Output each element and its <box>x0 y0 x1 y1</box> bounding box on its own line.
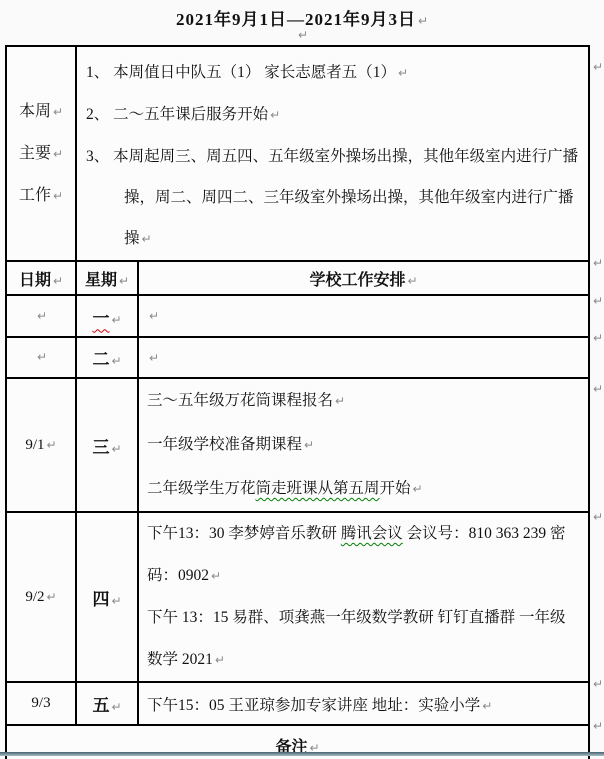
weekday-text: 三 <box>92 438 109 457</box>
summary-item-wrap: 操，周二、周四二、三年级室外操场出操，其他年级室内进行广播 <box>86 177 586 218</box>
line-text: 下午 13：15 易群、项龚燕一年级数学教研 钉钉直播群 一年级 <box>147 609 566 626</box>
week-summary-content-cell: 1、 本周值日中队五（1） 家长志愿者五（1）↵ 2、 二～五年课后服务开始↵ … <box>76 46 589 261</box>
schedule-row-tuesday: ↵ 二↵ ↵ <box>6 337 589 378</box>
weekday-cell: 一↵ <box>76 295 138 337</box>
pilcrow-mark: ↵ <box>37 309 47 323</box>
pilcrow-mark: ↵ <box>111 354 121 368</box>
summary-item: 3、 本周起周三、周五四、五年级室外操场出操，其他年级室内进行广播 <box>86 136 586 177</box>
weekday-text: 五 <box>92 696 109 715</box>
line-text: 下午13：30 李梦婷音乐教研 <box>147 525 341 542</box>
weekday-text: 一 <box>92 309 109 328</box>
pilcrow-mark: ↵ <box>298 28 308 42</box>
content-line: 数学 2021↵ <box>147 639 588 681</box>
week-summary-row: 本周↵ 主要↵ 工作↵ 1、 本周值日中队五（1） 家长志愿者五（1）↵ 2、 … <box>6 46 589 261</box>
item-text: 3、 本周起周三、周五四、五年级室外操场出操，其他年级室内进行广播 <box>86 148 578 165</box>
weekday-cell: 二↵ <box>76 337 138 378</box>
label-text: 工作 <box>19 187 51 204</box>
label-line: 工作↵ <box>7 175 75 217</box>
header-date-label: 日期 <box>19 272 51 289</box>
line-text: 三～五年级万花筒课程报名 <box>147 392 333 409</box>
line-text: 会议号：810 363 239 密 <box>403 525 566 542</box>
pilcrow-mark: ↵ <box>111 313 121 327</box>
content-line: 码：0902↵ <box>147 555 588 597</box>
item-text: 操，周二、周四二、三年级室外操场出操，其他年级室内进行广播 <box>124 189 574 206</box>
pilcrow-mark: ↵ <box>407 274 417 288</box>
weekday-cell: 五↵ <box>76 682 138 725</box>
pilcrow-mark: ↵ <box>53 105 63 119</box>
line-text: 数学 2021 <box>147 651 213 668</box>
end-of-row-mark: ↵ <box>593 382 603 396</box>
schedule-table: 本周↵ 主要↵ 工作↵ 1、 本周值日中队五（1） 家长志愿者五（1）↵ 2、 … <box>5 45 590 759</box>
content-line: 二年级学生万花筒走班课从第五周开始↵ <box>147 467 588 511</box>
content-line: 一年级学校准备期课程↵ <box>147 423 588 467</box>
week-summary-label-cell: 本周↵ 主要↵ 工作↵ <box>6 46 76 261</box>
content-line: 下午13：30 李梦婷音乐教研 腾讯会议 会议号：810 363 239 密 <box>147 513 588 555</box>
date-text: 9/1 <box>25 437 44 453</box>
end-of-row-mark: ↵ <box>593 331 603 345</box>
end-of-row-mark: ↵ <box>593 719 603 733</box>
summary-item-wrap: 操↵ <box>86 218 586 260</box>
pilcrow-mark: ↵ <box>215 653 225 667</box>
pilcrow-mark: ↵ <box>53 274 63 288</box>
pilcrow-mark: ↵ <box>211 569 221 583</box>
content-cell: ↵ <box>138 295 589 337</box>
item-text: 1、 本周值日中队五（1） 家长志愿者五（1） <box>86 64 396 81</box>
line-text: 一年级学校准备期课程 <box>147 436 302 453</box>
schedule-row-sep2: 9/2↵ 四↵ 下午13：30 李梦婷音乐教研 腾讯会议 会议号：810 363… <box>6 512 589 682</box>
end-of-row-mark: ↵ <box>593 60 603 74</box>
pilcrow-mark: ↵ <box>142 232 152 246</box>
pilcrow-mark: ↵ <box>47 438 57 452</box>
line-text: 开始 <box>380 480 411 497</box>
pilcrow-mark: ↵ <box>111 700 121 714</box>
content-line: 下午 13：15 易群、项龚燕一年级数学教研 钉钉直播群 一年级 <box>147 597 588 639</box>
end-of-row-mark: ↵ <box>593 510 603 524</box>
pilcrow-mark: ↵ <box>149 309 159 323</box>
week-summary-items: 1、 本周值日中队五（1） 家长志愿者五（1）↵ 2、 二～五年课后服务开始↵ … <box>77 47 588 260</box>
end-of-row-mark: ↵ <box>593 677 603 691</box>
pilcrow-mark: ↵ <box>335 394 345 408</box>
item-text: 2、 二～五年课后服务开始 <box>86 106 268 123</box>
date-cell: 9/2↵ <box>6 512 76 682</box>
line-text: 二年级学生万花 <box>147 480 256 497</box>
label-text: 主要 <box>19 145 51 162</box>
date-cell: ↵ <box>6 337 76 378</box>
pilcrow-mark: ↵ <box>37 350 47 364</box>
date-cell: ↵ <box>6 295 76 337</box>
document-page: 2021年9月1日—2021年9月3日↵ ↵ 本周↵ 主要↵ 工作↵ 1、 本周… <box>0 0 604 759</box>
weekday-text: 四 <box>92 590 109 609</box>
weekday-cell: 四↵ <box>76 512 138 682</box>
date-cell: 9/3 <box>6 682 76 725</box>
label-line: 主要↵ <box>7 133 75 175</box>
content-cell: 下午13：30 李梦婷音乐教研 腾讯会议 会议号：810 363 239 密 码… <box>138 512 589 682</box>
pilcrow-mark: ↵ <box>482 699 492 713</box>
empty-paragraph: ↵ <box>0 27 604 43</box>
header-arrangement-cell: 学校工作安排↵ <box>138 261 589 295</box>
summary-item: 2、 二～五年课后服务开始↵ <box>86 94 586 136</box>
schedule-row-sep3: 9/3 五↵ 下午15：05 王亚琼参加专家讲座 地址：实验小学↵ <box>6 682 589 725</box>
content-cell: 下午15：05 王亚琼参加专家讲座 地址：实验小学↵ <box>138 682 589 725</box>
header-date-cell: 日期↵ <box>6 261 76 295</box>
content-cell: 三～五年级万花筒课程报名↵ 一年级学校准备期课程↵ 二年级学生万花筒走班课从第五… <box>138 378 589 512</box>
window-edge-bar <box>0 752 604 756</box>
line-text: 码：0902 <box>147 567 209 584</box>
content-cell: ↵ <box>138 337 589 378</box>
line-text: 下午15：05 王亚琼参加专家讲座 地址：实验小学 <box>147 697 480 714</box>
label-text: 本周 <box>19 103 51 120</box>
schedule-row-monday: ↵ 一↵ ↵ <box>6 295 589 337</box>
weekday-text: 二 <box>92 350 109 369</box>
pilcrow-mark: ↵ <box>53 147 63 161</box>
grammar-flagged-text: 腾讯会议 <box>341 525 403 542</box>
week-summary-label: 本周↵ 主要↵ 工作↵ <box>7 91 75 217</box>
pilcrow-mark: ↵ <box>398 66 408 80</box>
pilcrow-mark: ↵ <box>270 108 280 122</box>
pilcrow-mark: ↵ <box>149 351 159 365</box>
date-cell: 9/1↵ <box>6 378 76 512</box>
pilcrow-mark: ↵ <box>111 594 121 608</box>
header-arrangement-label: 学校工作安排 <box>309 272 405 289</box>
label-line: 本周↵ <box>7 91 75 133</box>
schedule-row-sep1: 9/1↵ 三↵ 三～五年级万花筒课程报名↵ 一年级学校准备期课程↵ 二年级学生万… <box>6 378 589 512</box>
date-text: 9/3 <box>31 695 50 711</box>
date-text: 9/2 <box>25 589 44 605</box>
summary-item: 1、 本周值日中队五（1） 家长志愿者五（1）↵ <box>86 52 586 94</box>
pilcrow-mark: ↵ <box>53 189 63 203</box>
item-text: 操 <box>124 230 140 247</box>
pilcrow-mark: ↵ <box>418 14 428 28</box>
grammar-flagged-text: 筒走班课从第五周 <box>256 480 380 497</box>
pilcrow-mark: ↵ <box>111 442 121 456</box>
pilcrow-mark: ↵ <box>47 590 57 604</box>
end-of-row-mark: ↵ <box>593 256 603 270</box>
header-weekday-label: 星期 <box>85 272 117 289</box>
pilcrow-mark: ↵ <box>119 274 129 288</box>
header-weekday-cell: 星期↵ <box>76 261 138 295</box>
end-of-row-mark: ↵ <box>593 294 603 308</box>
pilcrow-mark: ↵ <box>304 438 314 452</box>
pilcrow-mark: ↵ <box>413 482 423 496</box>
table-header-row: 日期↵ 星期↵ 学校工作安排↵ <box>6 261 589 295</box>
weekday-cell: 三↵ <box>76 378 138 512</box>
content-line: 三～五年级万花筒课程报名↵ <box>147 379 588 423</box>
